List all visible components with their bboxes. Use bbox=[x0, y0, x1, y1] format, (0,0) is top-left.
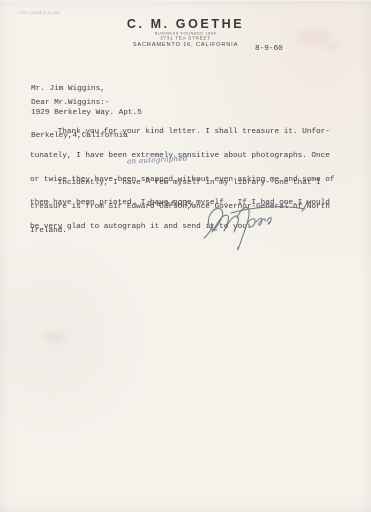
paper-stain bbox=[44, 332, 66, 342]
letterhead-street-line: 3731 TEA STREET bbox=[83, 35, 287, 41]
body-line: Thank you for your kind letter. I shall … bbox=[30, 129, 334, 137]
letter-scan: FOR LARGE 8-40 490 C. M. GOETHE BUSINESS… bbox=[0, 0, 371, 512]
recipient-line: Mr. Jim Wiggins, bbox=[31, 86, 142, 94]
corner-annotation: FOR LARGE 8-40 490 bbox=[19, 11, 60, 15]
paper-stain bbox=[296, 30, 330, 44]
letterhead-name: C. M. GOETHE bbox=[0, 17, 371, 31]
closing-valediction: Gratefully, bbox=[147, 202, 198, 210]
body-line: Incidently, I have A few myself in my li… bbox=[30, 180, 330, 188]
signature-ink bbox=[201, 194, 313, 256]
body-line-text: few myself in my library--one that I bbox=[150, 179, 321, 187]
paper-stain bbox=[322, 42, 340, 50]
caret-insertion-mark: A bbox=[145, 178, 150, 186]
body-line-text: Incidently, I have bbox=[30, 179, 145, 187]
letter-date: 8-9-60 bbox=[255, 46, 283, 54]
salutation: Dear Mr.Wiggins:- bbox=[31, 100, 109, 108]
